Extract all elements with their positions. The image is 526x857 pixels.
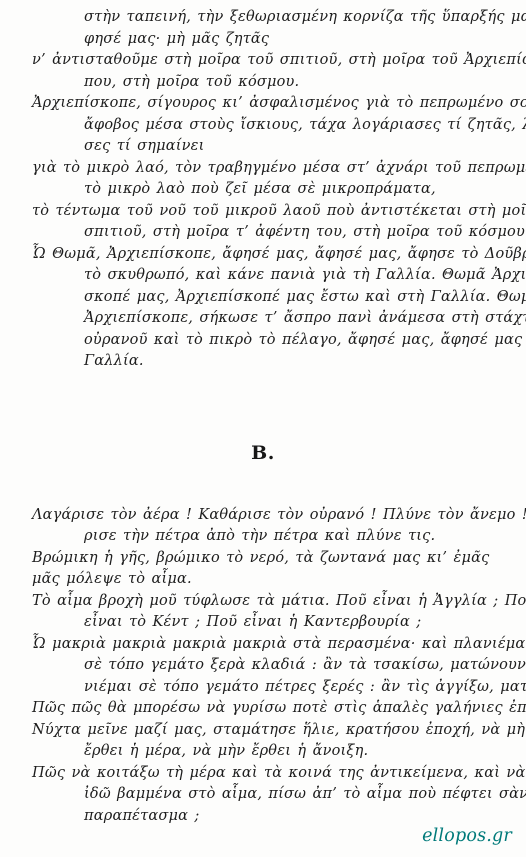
verse-line: σες τί σημαίνει [32, 136, 512, 158]
verse-line: στὴν ταπεινή, τὴν ξεθωριασμένη κορνίζα τ… [32, 7, 512, 29]
verse-line: ἄφοβος μέσα στοὺς ἴσκιους, τάχα λογάριασ… [32, 115, 512, 137]
verse-line: σὲ τόπο γεμάτο ξερὰ κλαδιά : ἂν τὰ τσακί… [32, 655, 512, 677]
verse-line: Ἀρχιεπίσκοπε, σίγουρος κι’ ἀσφαλισμένος … [32, 93, 512, 115]
verse-line: Νύχτα μεῖνε μαζί μας, σταμάτησε ἥλιε, κρ… [32, 720, 512, 742]
verse-line: σκοπέ μας, Ἀρχιεπίσκοπέ μας ἔστω καὶ στὴ… [32, 287, 512, 309]
verse-line: ἰδῶ βαμμένα στὸ αἷμα, πίσω ἀπ’ τὸ αἷμα π… [32, 784, 512, 806]
verse-line: μᾶς μόλεψε τὸ αἷμα. [32, 569, 512, 591]
stanza-2: Λαγάρισε τὸν ἀέρα ! Καθάρισε τὸν οὐρανό … [0, 505, 526, 828]
verse-line: παραπέτασμα ; [32, 806, 512, 828]
verse-line: Τὸ αἷμα βροχὴ μοῦ τύφλωσε τὰ μάτια. Ποῦ … [32, 591, 512, 613]
verse-line: ρισε τὴν πέτρα ἀπὸ τὴν πέτρα καὶ πλύνε τ… [32, 526, 512, 548]
verse-line: ἔρθει ἡ μέρα, νὰ μὴν ἔρθει ἡ ἄνοιξη. [32, 741, 512, 763]
verse-line: οὐρανοῦ καὶ τὸ πικρὸ τὸ πέλαγο, ἄφησέ μα… [32, 330, 512, 352]
verse-line: γιὰ τὸ μικρὸ λαό, τὸν τραβηγμένο μέσα στ… [32, 158, 512, 180]
verse-line: Λαγάρισε τὸν ἀέρα ! Καθάρισε τὸν οὐρανό … [32, 505, 512, 527]
verse-line: τὸ μικρὸ λαὸ ποὺ ζεῖ μέσα σὲ μικροπράματ… [32, 179, 512, 201]
verse-line: ν’ ἀντισταθοῦμε στὴ μοῖρα τοῦ σπιτιοῦ, σ… [32, 50, 512, 72]
verse-line: Ἀρχιεπίσκοπε, σήκωσε τ’ ἄσπρο πανὶ ἀνάμε… [32, 308, 512, 330]
verse-line: Ὦ Θωμᾶ, Ἀρχιεπίσκοπε, ἄφησέ μας, ἄφησέ μ… [32, 244, 512, 266]
verse-line: Πῶς νὰ κοιτάξω τὴ μέρα καὶ τὰ κοινά της … [32, 763, 512, 785]
verse-line: Γαλλία. [32, 351, 512, 373]
verse-line: τὸ τέντωμα τοῦ νοῦ τοῦ μικροῦ λαοῦ ποὺ ἀ… [32, 201, 512, 223]
site-watermark: ellopos.gr [422, 826, 512, 846]
verse-line: Βρώμικη ἡ γῆς, βρώμικο τὸ νερό, τὰ ζωντα… [32, 548, 512, 570]
verse-line: νιέμαι σὲ τόπο γεμάτο πέτρες ξερές : ἂν … [32, 677, 512, 699]
section-heading: Β. [0, 441, 526, 465]
verse-line: φησέ μας· μὴ μᾶς ζητᾶς [32, 29, 512, 51]
stanza-1: στὴν ταπεινή, τὴν ξεθωριασμένη κορνίζα τ… [0, 0, 526, 373]
verse-line: τὸ σκυθρωπό, καὶ κάνε πανιὰ γιὰ τὴ Γαλλί… [32, 265, 512, 287]
verse-line: που, στὴ μοῖρα τοῦ κόσμου. [32, 72, 512, 94]
book-page: στὴν ταπεινή, τὴν ξεθωριασμένη κορνίζα τ… [0, 0, 526, 857]
verse-line: Πῶς πῶς θὰ μπορέσω νὰ γυρίσω ποτὲ στὶς ἁ… [32, 698, 512, 720]
verse-line: εἶναι τὸ Κέντ ; Ποῦ εἶναι ἡ Καντερβουρία… [32, 612, 512, 634]
verse-line: Ὦ μακριὰ μακριὰ μακριὰ μακριὰ στὰ περασμ… [32, 634, 512, 656]
verse-line: σπιτιοῦ, στὴ μοῖρα τ’ ἀφέντη του, στὴ μο… [32, 222, 512, 244]
